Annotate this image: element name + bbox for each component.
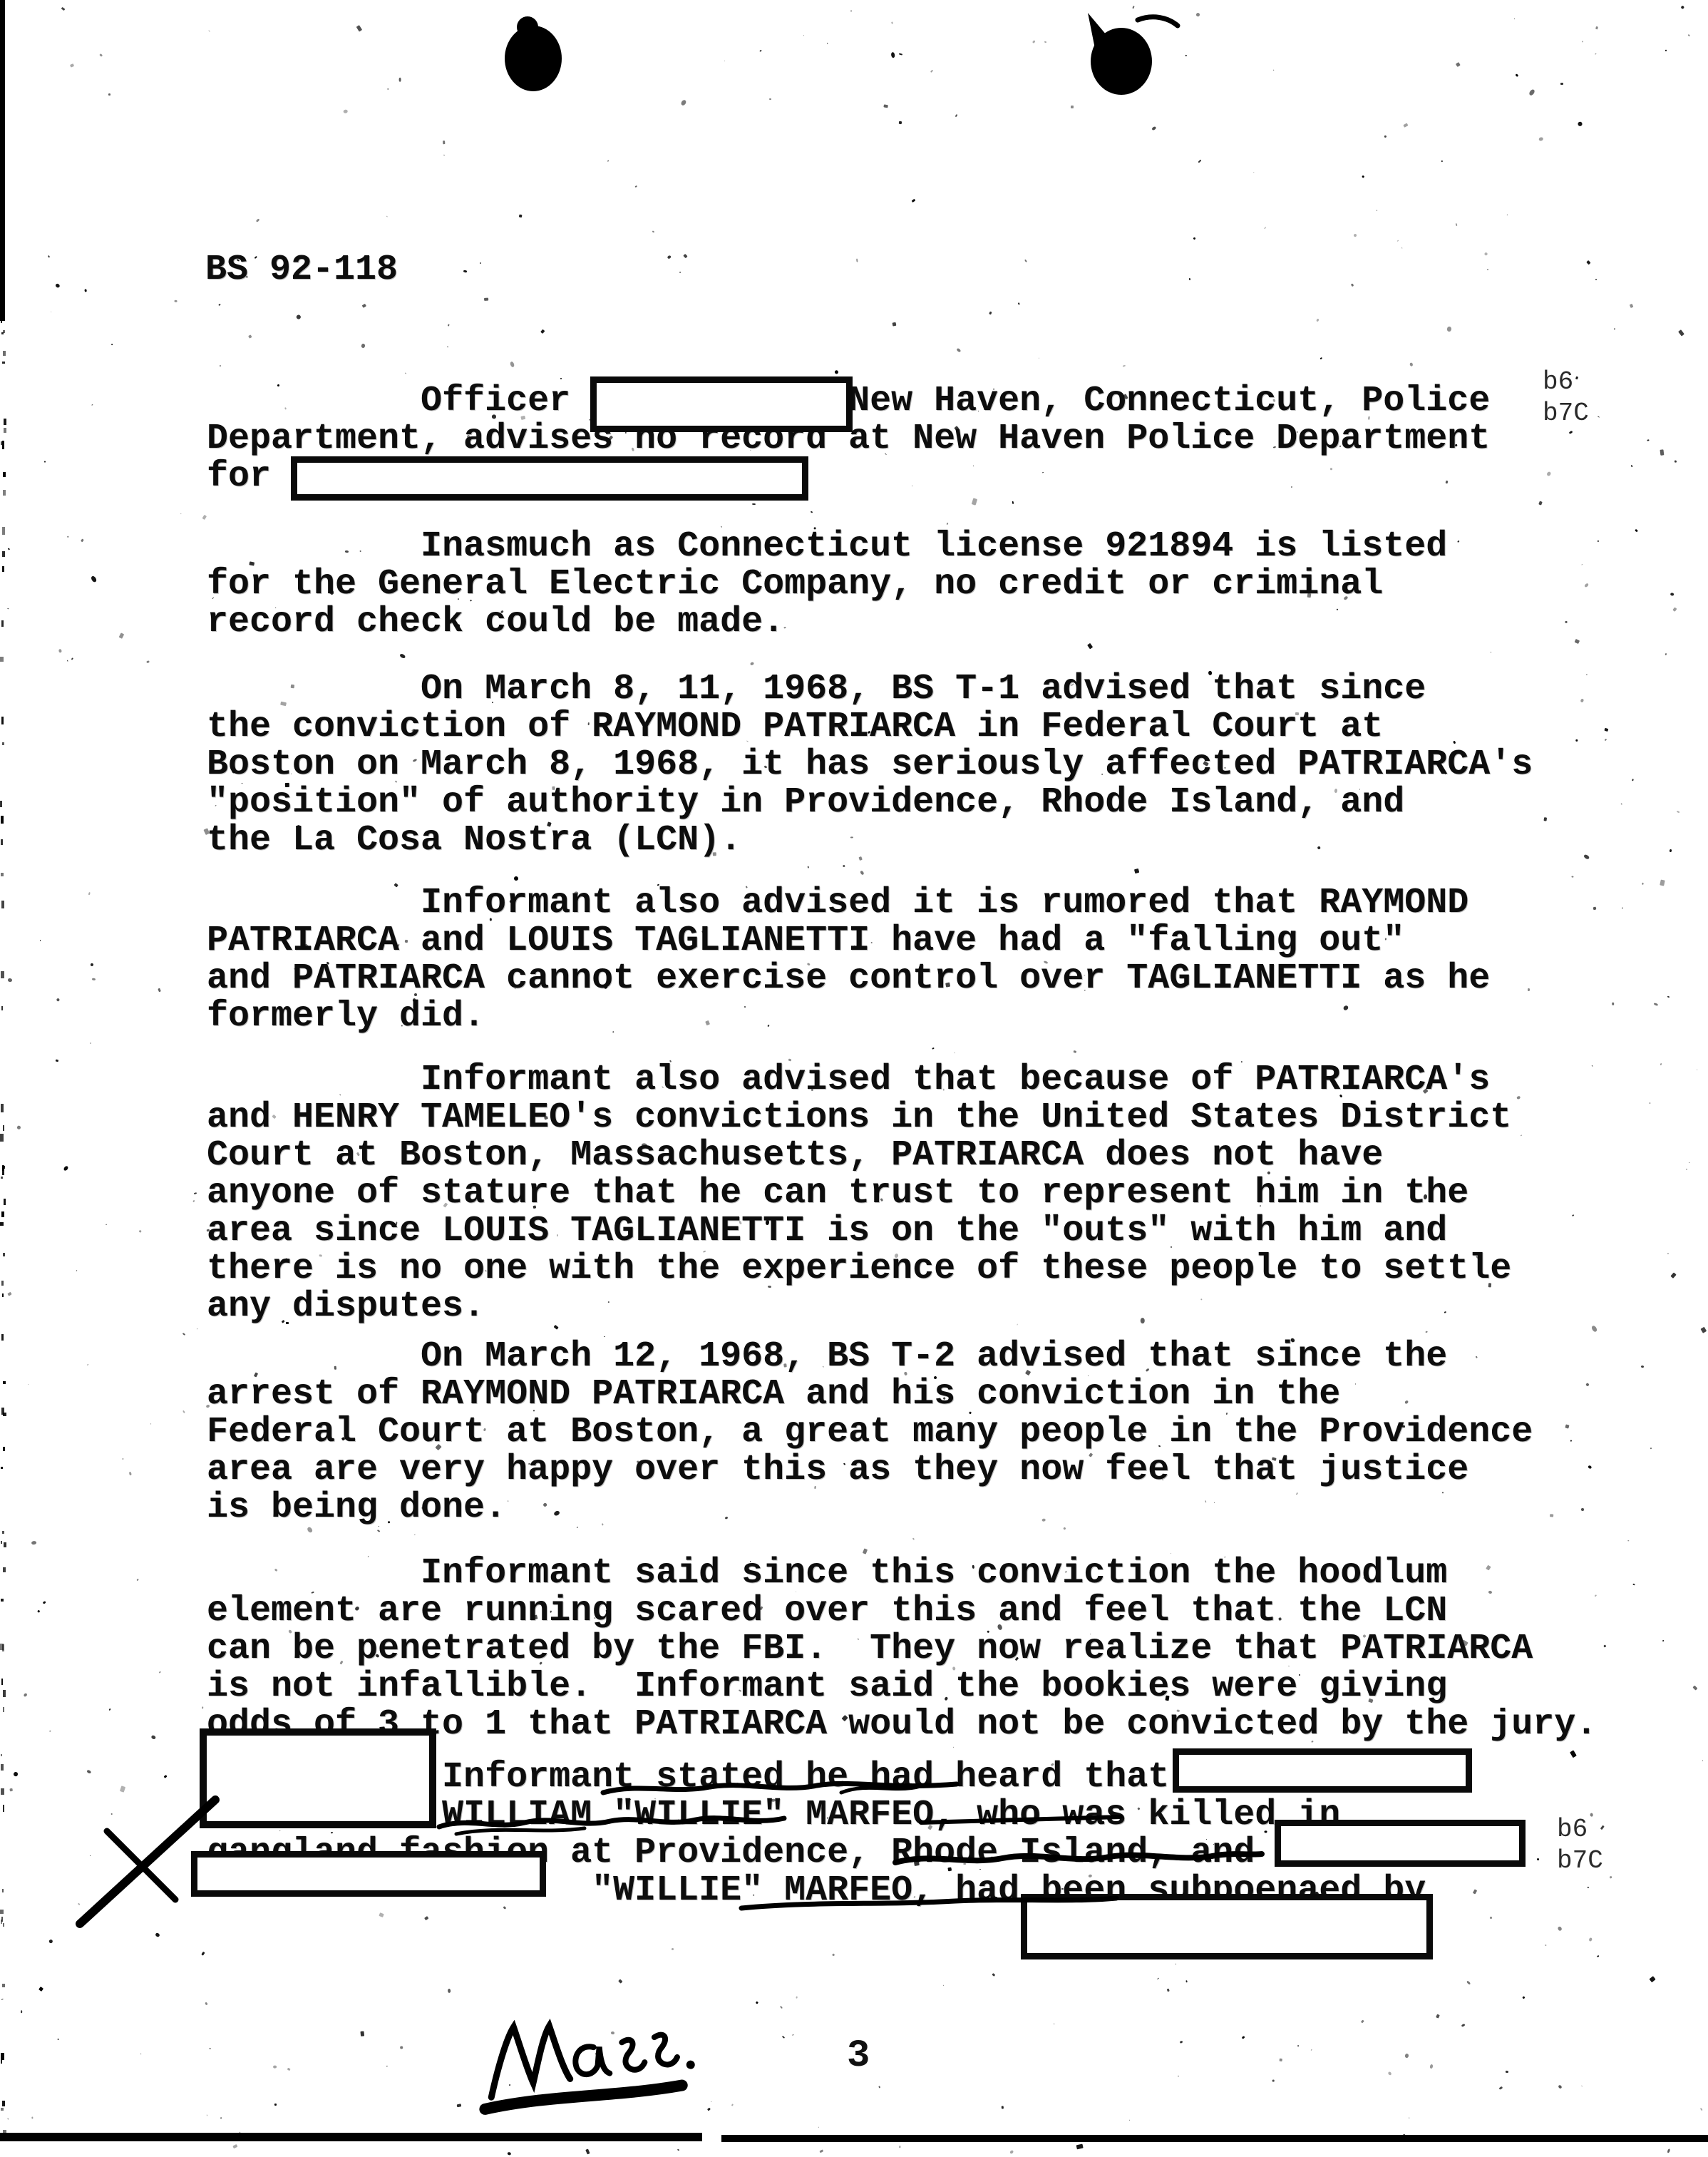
scan-edge-artifact (721, 2135, 1708, 2142)
document-page: BS 92-118 b6 b7C b6 b7C Officer New Have… (0, 0, 1708, 2157)
file-number: BS 92-118 (205, 251, 398, 289)
page-number: 3 (847, 2036, 870, 2076)
paragraph-hoodlum-element: Informant said since this conviction the… (207, 1554, 1597, 1743)
scan-edge-artifact (0, 2133, 702, 2141)
redaction-box (1173, 1748, 1472, 1793)
scan-edge-artifact (0, 0, 5, 321)
redaction-box (1275, 1820, 1526, 1867)
redaction-box (200, 1728, 436, 1828)
paragraph-falling-out: Informant also advised it is rumored tha… (207, 884, 1490, 1035)
redaction-box (1021, 1894, 1433, 1959)
paragraph-license-check: Inasmuch as Connecticut license 921894 i… (207, 528, 1447, 641)
exemption-code-bottom: b6 b7C (1557, 1814, 1603, 1877)
redaction-box (191, 1851, 546, 1897)
redaction-box (291, 456, 808, 501)
exemption-code-top: b6 b7C (1543, 367, 1589, 429)
paragraph-tameleo: Informant also advised that because of P… (207, 1061, 1511, 1326)
redaction-box (590, 376, 853, 432)
paragraph-bs-t1-advice: On March 8, 11, 1968, BS T-1 advised tha… (207, 670, 1533, 859)
paragraph-bs-t2-advice: On March 12, 1968, BS T-2 advised that s… (207, 1338, 1533, 1527)
